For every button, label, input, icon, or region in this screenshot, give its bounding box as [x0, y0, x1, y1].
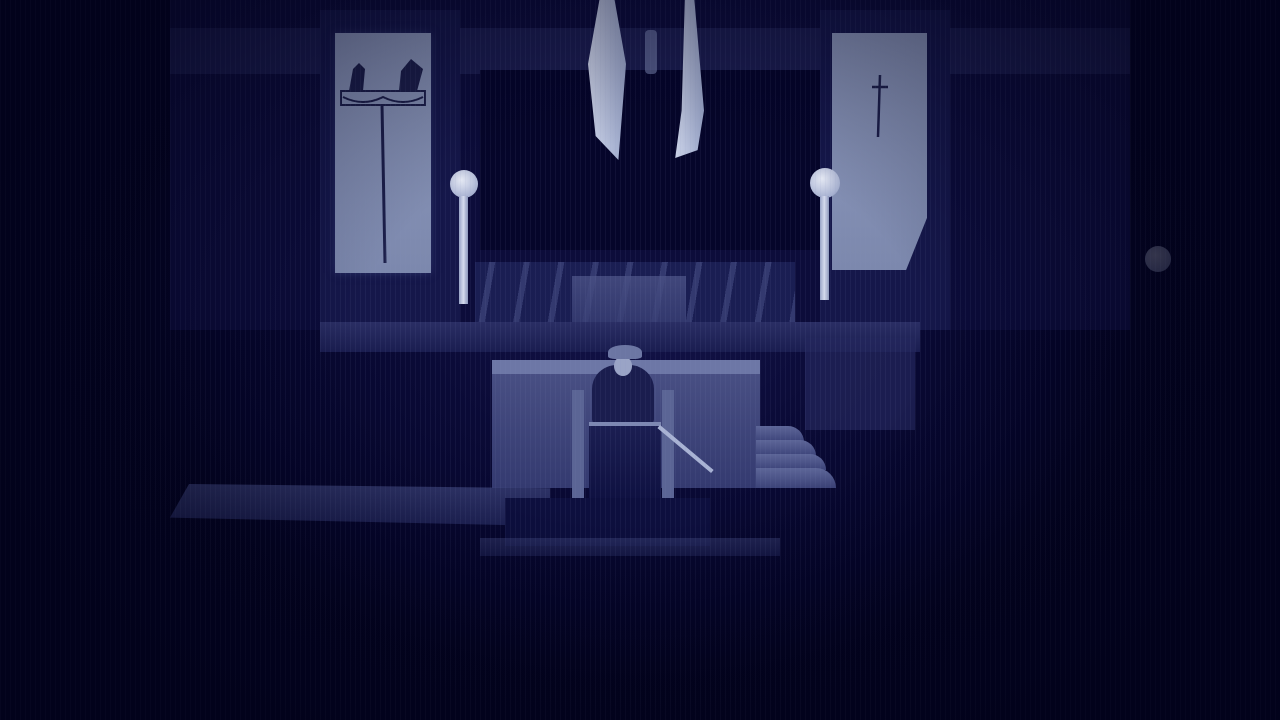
left-lamp-pole [459, 196, 468, 304]
figure-hat [608, 345, 642, 359]
stage-floor-front [480, 538, 780, 556]
stage-floor-left [170, 484, 550, 526]
chair-post-left [572, 390, 584, 500]
chair-post-right [662, 390, 674, 500]
far-right-globe-lamp-icon [1145, 246, 1171, 272]
film-still-scene [0, 0, 1280, 720]
winged-figures-emblem-icon [335, 33, 431, 273]
sword-emblem-icon [832, 33, 927, 270]
lectern [589, 422, 661, 504]
left-banner [335, 33, 431, 273]
hanging-ornament [645, 30, 657, 74]
right-stone-block [805, 338, 915, 430]
right-banner [832, 33, 927, 270]
central-arch-opening [480, 70, 820, 250]
right-lamp-pole [820, 196, 829, 300]
left-globe-lamp-icon [450, 170, 478, 198]
step-4 [756, 468, 836, 488]
right-globe-lamp-icon [810, 168, 840, 198]
figure-face [614, 356, 632, 376]
